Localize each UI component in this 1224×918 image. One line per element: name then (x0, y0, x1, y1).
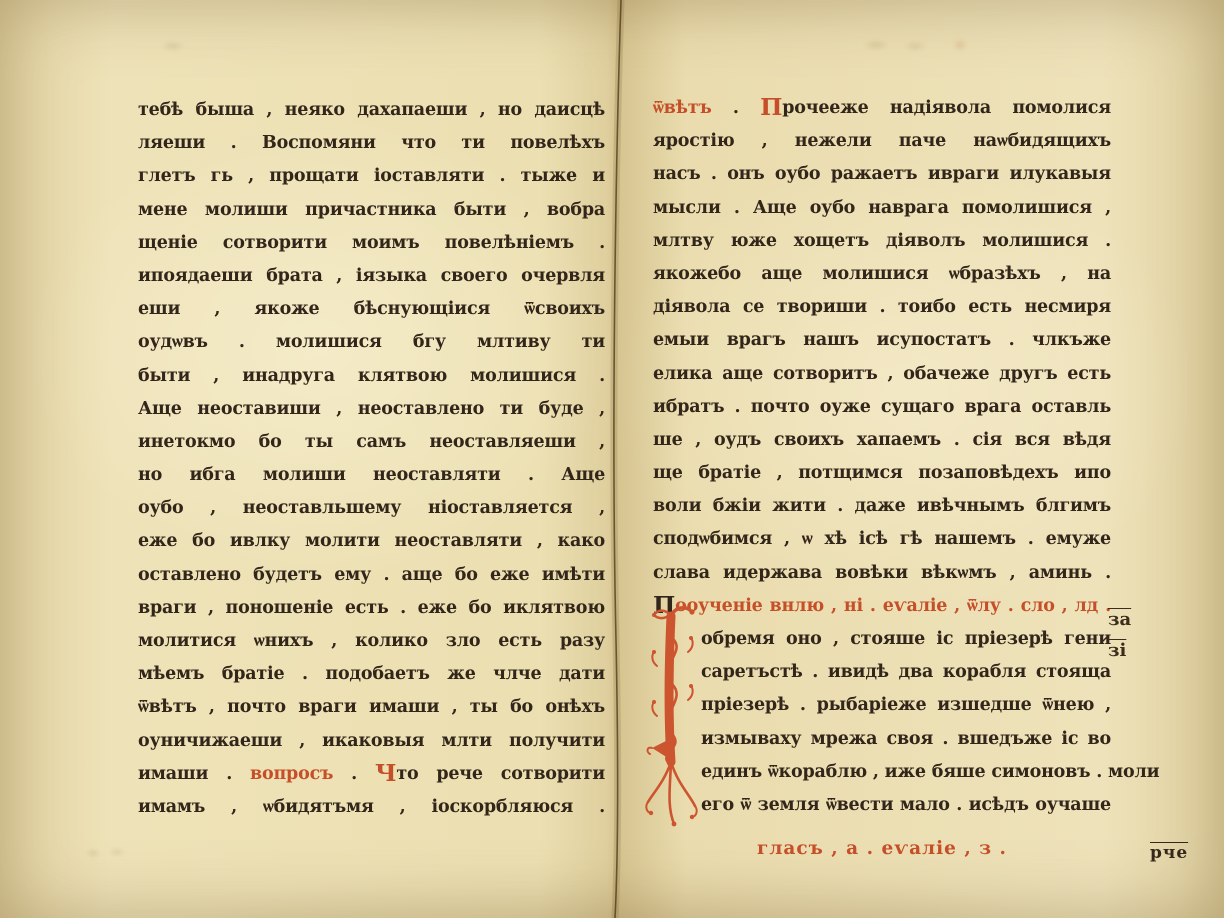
rubric-text: ооученіе внлю , ні . еѵаліе , ѿлу . сло … (675, 596, 1111, 616)
text-line: млтву юже хощетъ діяволъ молишися . (653, 225, 1111, 258)
body-text: обремя оно , стояше іс пріезерѣ гени (701, 629, 1111, 649)
text-line: мѣемъ братіе . подобаетъ же члче дати (138, 658, 605, 691)
body-text: оубо , неоставльшему ніоставляется , (138, 498, 605, 518)
body-text: млтву юже хощетъ діяволъ молишися . (653, 231, 1111, 251)
body-text: измываху мрежа своя . вшедъже іс во (701, 729, 1111, 749)
text-line: быти , инадруга клятвою молишися . (138, 360, 605, 393)
rubric-text: вопросъ (250, 764, 333, 784)
body-text: насъ . онъ оубо ражаетъ ивраги илукавыя (653, 164, 1111, 184)
body-text: саретъстѣ . ивидѣ два корабля стояща (701, 662, 1111, 682)
body-text: . (333, 764, 375, 784)
rubric-text: П (760, 93, 782, 121)
text-line: елика аще сотворитъ , обачеже другъ есть (653, 358, 1111, 391)
body-text: тебѣ быша , неяко дахапаеши , но даисцѣ (138, 100, 605, 120)
body-text: мѣемъ братіе . подобаетъ же члче дати (138, 664, 605, 684)
text-line: ѿвѣтъ , почто враги имаши , ты бо онѣхъ (138, 691, 605, 724)
text-line: діявола се твориши . тоибо есть несмиря (653, 291, 1111, 324)
body-text: молитися ѡнихъ , колико зло есть разу (138, 631, 605, 651)
text-line: его ѿ земля ѿвести мало . исѣдъ оучаше (653, 789, 1111, 822)
text-line: ѿвѣтъ . Прочееже надіявола помолися (653, 92, 1111, 125)
body-text: еже бо ивлку молити неоставляти , како (138, 531, 605, 551)
body-text: то рече сотворити (396, 764, 605, 784)
gutter-crease-shadow (614, 0, 621, 918)
body-text: яростію , нежели паче наѡбидящихъ (653, 131, 1111, 151)
body-text: оудѡвъ . молишися бгу млтиву ти (138, 332, 605, 352)
text-line: оубо , неоставльшему ніоставляется , (138, 492, 605, 525)
left-page-text-block: тебѣ быша , неяко дахапаеши , но даисцѣл… (138, 94, 605, 824)
body-text: враги , поношеніе есть . еже бо иклятвою (138, 598, 605, 618)
body-text: ляеши . Воспомяни что ти повелѣхъ (138, 133, 605, 153)
text-line: якожебо аще молишися ѡбразѣхъ , на (653, 258, 1111, 291)
body-text: пріезерѣ . рыбаріеже изшедше ѿнею , (701, 695, 1111, 715)
body-text: сподѡбимся , ѡ хѣ ісѣ гѣ нашемъ . емуже (653, 529, 1111, 549)
text-line: мене молиши причастника быти , вобра (138, 194, 605, 227)
body-text: щеніе сотворити моимъ повелѣніемъ . (138, 233, 605, 253)
body-text: ѿвѣтъ , почто враги имаши , ты бо онѣхъ (138, 697, 605, 717)
body-text: оуничижаеши , икаковыя млти получити (138, 731, 605, 751)
text-line: оудѡвъ . молишися бгу млтиву ти (138, 326, 605, 359)
margin-note-number: зі (1108, 635, 1131, 666)
body-text: якожебо аще молишися ѡбразѣхъ , на (653, 264, 1111, 284)
body-text: мене молиши причастника быти , вобра (138, 200, 605, 220)
text-line: яростію , нежели паче наѡбидящихъ (653, 125, 1111, 158)
rubric-text: ѿвѣтъ (653, 98, 712, 118)
text-line: еже бо ивлку молити неоставляти , како (138, 525, 605, 558)
book-spread-scan: тебѣ быша , неяко дахапаеши , но даисцѣл… (0, 0, 1224, 918)
text-line: инетокмо бо ты самъ неоставляеши , (138, 426, 605, 459)
body-text: ибратъ . почто оуже сущаго врага оставль (653, 397, 1111, 417)
text-line: пріезерѣ . рыбаріеже изшедше ѿнею , (653, 689, 1111, 722)
body-text: еши , якоже бѣснующіися ѿсвоихъ (138, 299, 605, 319)
text-line: единъ ѿкораблю , иже бяше симоновъ . мол… (653, 756, 1111, 789)
body-text: быти , инадруга клятвою молишися . (138, 366, 605, 386)
text-line: измываху мрежа своя . вшедъже іс во (653, 723, 1111, 756)
rubric-text: Ч (375, 759, 396, 787)
text-line: ипоядаеши брата , іязыка своего очервля (138, 260, 605, 293)
drop-cap-ornament-icon (644, 600, 700, 830)
text-line: ще братіе , потщимся позаповѣдехъ ипо (653, 457, 1111, 490)
show-through-smudge-top-right (848, 32, 988, 58)
body-text: оставлено будетъ ему . аще бо еже имѣти (138, 565, 605, 585)
body-text: мысли . Аще оубо наврага помолишися , (653, 198, 1111, 218)
text-line: но ибга молиши неоставляти . Аще (138, 459, 605, 492)
body-text: единъ ѿкораблю , иже бяше симоновъ . мол… (701, 762, 1159, 782)
text-line: молитися ѡнихъ , колико зло есть разу (138, 625, 605, 658)
body-text: ипоядаеши брата , іязыка своего очервля (138, 266, 605, 286)
text-line: тебѣ быша , неяко дахапаеши , но даисцѣ (138, 94, 605, 127)
text-line: имамъ , ѡбидятъмя , іоскорбляюся . (138, 791, 605, 824)
text-line: ибратъ . почто оуже сущаго врага оставль (653, 391, 1111, 424)
body-text: елика аще сотворитъ , обачеже другъ есть (653, 364, 1111, 384)
text-line: имаши . вопросъ . Что рече сотворити (138, 758, 605, 791)
text-line: ше , оудъ своихъ хапаемъ . сія вся вѣдя (653, 424, 1111, 457)
text-line: мысли . Аще оубо наврага помолишися , (653, 192, 1111, 225)
body-text: инетокмо бо ты самъ неоставляеши , (138, 432, 605, 452)
show-through-smudge-bottom-left (78, 840, 138, 862)
text-line: Аще неоставиши , неоставлено ти буде , (138, 393, 605, 426)
margin-pericope-note: за зі (1108, 604, 1131, 666)
right-page-text-block: ѿвѣтъ . Прочееже надіявола помолисяярост… (653, 92, 1111, 822)
margin-note-zach: за (1108, 604, 1131, 635)
text-line: сподѡбимся , ѡ хѣ ісѣ гѣ нашемъ . емуже (653, 523, 1111, 556)
body-text: имаши . (138, 764, 250, 784)
text-line: насъ . онъ оубо ражаетъ ивраги илукавыя (653, 158, 1111, 191)
gutter-crease-line (614, 0, 621, 918)
body-text: ще братіе , потщимся позаповѣдехъ ипо (653, 463, 1111, 483)
body-text: ше , оудъ своихъ хапаемъ . сія вся вѣдя (653, 430, 1111, 450)
text-line: ляеши . Воспомяни что ти повелѣхъ (138, 127, 605, 160)
show-through-smudge-top-left (150, 38, 196, 54)
body-text: имамъ , ѡбидятъмя , іоскорбляюся . (138, 797, 605, 817)
body-text: рочееже надіявола помолися (782, 98, 1111, 118)
body-text: воли бжіи жити . даже ивѣчнымъ блгимъ (653, 496, 1111, 516)
text-line: саретъстѣ . ивидѣ два корабля стояща (653, 656, 1111, 689)
text-line: Пооученіе внлю , ні . еѵаліе , ѿлу . сло… (653, 590, 1111, 623)
text-line: оставлено будетъ ему . аще бо еже имѣти (138, 559, 605, 592)
body-text: діявола се твориши . тоибо есть несмиря (653, 297, 1111, 317)
folio-mark: рче (1150, 843, 1188, 863)
body-text: слава идержава вовѣки вѣкѡмъ , аминь . (653, 563, 1111, 583)
body-text: Аще неоставиши , неоставлено ти буде , (138, 399, 605, 419)
drop-cap-initial (644, 600, 700, 830)
body-text: глетъ гь , прощати іоставляти . тыже и (138, 166, 605, 186)
body-text: . (712, 98, 761, 118)
text-line: щеніе сотворити моимъ повелѣніемъ . (138, 227, 605, 260)
text-line: глетъ гь , прощати іоставляти . тыже и (138, 160, 605, 193)
text-line: слава идержава вовѣки вѣкѡмъ , аминь . (653, 557, 1111, 590)
text-line: емыи врагъ нашъ исупостатъ . члкъже (653, 324, 1111, 357)
footer-rubric: гласъ , а . еѵаліе , з . (653, 838, 1111, 859)
text-line: оуничижаеши , икаковыя млти получити (138, 725, 605, 758)
text-line: обремя оно , стояше іс пріезерѣ гени (653, 623, 1111, 656)
text-line: еши , якоже бѣснующіися ѿсвоихъ (138, 293, 605, 326)
text-line: враги , поношеніе есть . еже бо иклятвою (138, 592, 605, 625)
body-text: его ѿ земля ѿвести мало . исѣдъ оучаше (701, 795, 1111, 815)
body-text: но ибга молиши неоставляти . Аще (138, 465, 605, 485)
text-line: воли бжіи жити . даже ивѣчнымъ блгимъ (653, 490, 1111, 523)
body-text: емыи врагъ нашъ исупостатъ . члкъже (653, 330, 1111, 350)
